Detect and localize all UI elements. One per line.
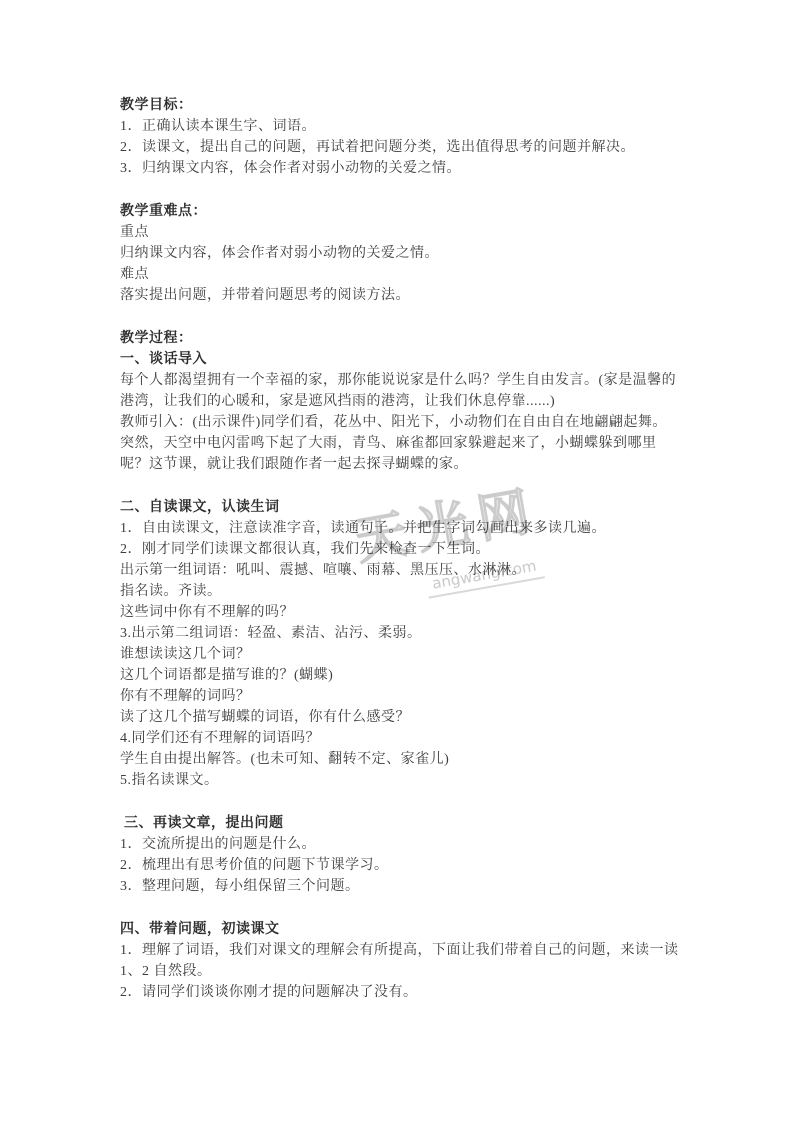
doc-line: 你有不理解的词吗？ (120, 686, 680, 707)
doc-line: 3．整理问题，每小组保留三个问题。 (120, 876, 680, 897)
doc-line: 每个人都渴望拥有一个幸福的家，那你能说说家是什么吗？学生自由发言。(家是温馨的港… (120, 370, 680, 412)
section-heading: 教学重难点： (120, 201, 680, 222)
doc-line: 读了这几个描写蝴蝶的词语，你有什么感受？ (120, 707, 680, 728)
doc-line: 归纳课文内容，体会作者对弱小动物的关爱之情。 (120, 243, 680, 264)
section-heading: 教学目标： (120, 95, 680, 116)
blank-line (120, 791, 680, 813)
document-page: 天光网 angwang.com 教学目标：1．正确认读本课生字、词语。2．读课文… (0, 0, 793, 1122)
doc-line: 3．归纳课文内容，体会作者对弱小动物的关爱之情。 (120, 158, 680, 179)
doc-line: 1．理解了词语，我们对课文的理解会有所提高，下面让我们带着自己的问题，来读一读 … (120, 940, 680, 982)
document-content: 教学目标：1．正确认读本课生字、词语。2．读课文，提出自己的问题，再试着把问题分… (120, 95, 680, 1003)
doc-line: 难点 (120, 264, 680, 285)
doc-line: 1．正确认读本课生字、词语。 (120, 116, 680, 137)
doc-line: 出示第一组词语：吼叫、震撼、喧嚷、雨幕、黑压压、水淋淋。 (120, 560, 680, 581)
section-heading: 二、自读课文，认读生词 (120, 497, 680, 518)
doc-line: 重点 (120, 222, 680, 243)
section-heading: 三、再读文章，提出问题 (120, 813, 680, 834)
blank-line (120, 475, 680, 497)
doc-line: 1．自由读课文，注意读准字音，读通句子。并把生字词勾画出来多读几遍。 (120, 518, 680, 539)
section-heading: 四、带着问题，初读课文 (120, 919, 680, 940)
doc-line: 2．读课文，提出自己的问题，再试着把问题分类，选出值得思考的问题并解决。 (120, 137, 680, 158)
doc-line: 谁想读读这几个词？ (120, 644, 680, 665)
section-heading: 一、谈话导入 (120, 349, 680, 370)
doc-line: 2．刚才同学们读课文都很认真，我们先来检查一下生词。 (120, 539, 680, 560)
doc-line: 指名读。齐读。 (120, 581, 680, 602)
doc-line: 落实提出问题，并带着问题思考的阅读方法。 (120, 285, 680, 306)
blank-line (120, 179, 680, 201)
doc-line: 3.出示第二组词语：轻盈、素洁、沾污、柔弱。 (120, 623, 680, 644)
doc-line: 5.指名读课文。 (120, 770, 680, 791)
blank-line (120, 897, 680, 919)
doc-line: 1．交流所提出的问题是什么。 (120, 834, 680, 855)
doc-line: 4.同学们还有不理解的词语吗？ (120, 728, 680, 749)
doc-line: 教师引入：(出示课件)同学们看，花丛中、阳光下，小动物们在自由自在地翩翩起舞。突… (120, 412, 680, 475)
doc-line: 这些词中你有不理解的吗？ (120, 602, 680, 623)
doc-line: 学生自由提出解答。(也未可知、翻转不定、家雀儿) (120, 749, 680, 770)
doc-line: 2．请同学们谈谈你刚才提的问题解决了没有。 (120, 982, 680, 1003)
section-heading: 教学过程： (120, 328, 680, 349)
blank-line (120, 306, 680, 328)
doc-line: 2．梳理出有思考价值的问题下节课学习。 (120, 855, 680, 876)
doc-line: 这几个词语都是描写谁的？(蝴蝶) (120, 665, 680, 686)
